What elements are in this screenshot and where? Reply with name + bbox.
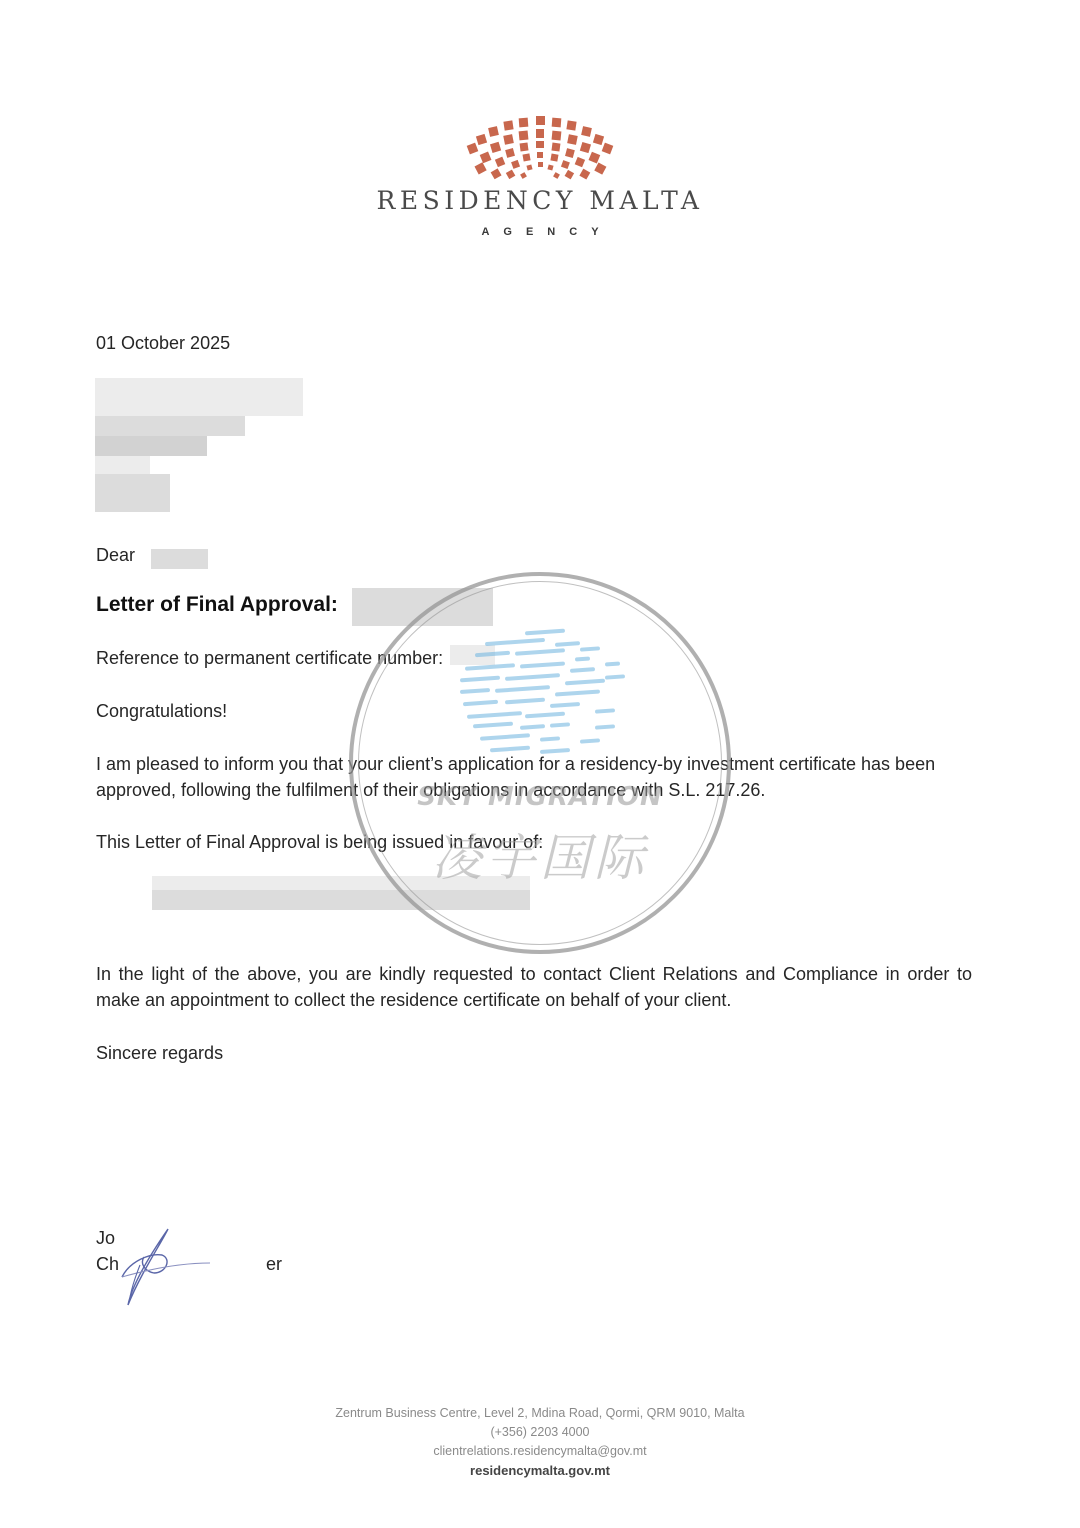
watermark-fingerprint-icon	[455, 625, 635, 760]
footer-email[interactable]: clientrelations.residencymalta@gov.mt	[0, 1444, 1080, 1458]
footer-website[interactable]: residencymalta.gov.mt	[0, 1463, 1080, 1478]
footer-phone: (+356) 2203 4000	[0, 1425, 1080, 1439]
congratulations-text: Congratulations!	[96, 698, 227, 724]
letter-page: RESIDENCY MALTA AGENCY 01 October 2025 D…	[0, 0, 1080, 1528]
closing: Sincere regards	[96, 1040, 223, 1066]
footer-address: Zentrum Business Centre, Level 2, Mdina …	[0, 1406, 1080, 1420]
watermark-chinese-text: 凌宇国际	[0, 818, 1080, 890]
salutation: Dear	[96, 542, 135, 568]
logo-subtitle: AGENCY	[0, 226, 1080, 238]
redacted-name	[151, 549, 208, 569]
residency-malta-logo-icon	[460, 112, 620, 174]
watermark-english-text: SKY MIGRATION	[0, 782, 1080, 812]
signatory-title-end: er	[266, 1251, 282, 1277]
logo-title: RESIDENCY MALTA	[0, 186, 1080, 215]
letter-date: 01 October 2025	[96, 330, 230, 356]
signature-icon	[110, 1225, 220, 1310]
letter-heading: Letter of Final Approval:	[96, 593, 338, 617]
collection-request-paragraph: In the light of the above, you are kindl…	[96, 961, 972, 1013]
